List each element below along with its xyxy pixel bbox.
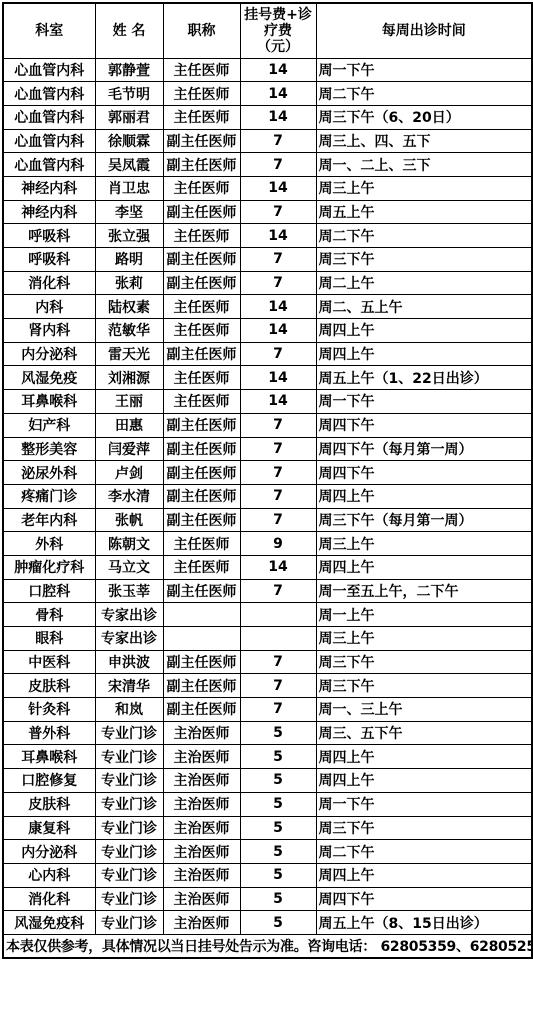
table-row: 皮肤科宋清华副主任医师7周三下午 — [3, 674, 532, 698]
dept-cell: 耳鼻喉科 — [3, 745, 95, 769]
table-row: 口腔修复专业门诊主治医师5周四上午 — [3, 769, 532, 793]
name-cell: 路明 — [95, 248, 163, 272]
title-cell: 主治医师 — [163, 863, 240, 887]
title-cell: 主治医师 — [163, 769, 240, 793]
fee-cell: 5 — [240, 911, 316, 935]
table-row: 心血管内科郭静萱主任医师14周一下午 — [3, 58, 532, 82]
table-row: 疼痛门诊李水清副主任医师7周四上午 — [3, 484, 532, 508]
title-cell: 副主任医师 — [163, 674, 240, 698]
fee-cell: 14 — [240, 58, 316, 82]
table-row: 心血管内科徐顺霖副主任医师7周三上、四、五下 — [3, 129, 532, 153]
title-cell: 副主任医师 — [163, 437, 240, 461]
name-cell: 李水清 — [95, 484, 163, 508]
dept-cell: 内分泌科 — [3, 342, 95, 366]
dept-cell: 皮肤科 — [3, 674, 95, 698]
table-row: 消化科张莉副主任医师7周二上午 — [3, 271, 532, 295]
schedule-table: 科室 姓 名 职称 挂号费+诊 疗费 （元） 每周出诊时间 心血管内科郭静萱主任… — [2, 2, 533, 959]
name-cell: 雷天光 — [95, 342, 163, 366]
name-cell: 李坚 — [95, 200, 163, 224]
table-row: 老年内科张帆副主任医师7周三下午（每月第一周） — [3, 508, 532, 532]
table-row: 肿瘤化疗科马立文主任医师14周四上午 — [3, 555, 532, 579]
schedule-cell: 周一上午 — [316, 603, 532, 627]
name-cell: 陈朝文 — [95, 532, 163, 556]
fee-cell: 9 — [240, 532, 316, 556]
table-row: 心血管内科毛节明主任医师14周二下午 — [3, 82, 532, 106]
title-cell: 主任医师 — [163, 82, 240, 106]
fee-cell: 7 — [240, 437, 316, 461]
schedule-cell: 周一下午 — [316, 792, 532, 816]
table-row: 中医科申洪波副主任医师7周三下午 — [3, 650, 532, 674]
name-cell: 专业门诊 — [95, 840, 163, 864]
col-header-title: 职称 — [163, 3, 240, 58]
table-row: 妇产科田惠副主任医师7周四下午 — [3, 413, 532, 437]
title-cell: 副主任医师 — [163, 129, 240, 153]
dept-cell: 肿瘤化疗科 — [3, 555, 95, 579]
title-cell: 副主任医师 — [163, 342, 240, 366]
footer-row: 本表仅供参考，具体情况以当日挂号处告示为准。咨询电话： 62805359、628… — [3, 934, 532, 958]
fee-cell: 14 — [240, 224, 316, 248]
schedule-cell: 周一、三上午 — [316, 698, 532, 722]
table-row: 外科陈朝文主任医师9周三上午 — [3, 532, 532, 556]
title-cell: 副主任医师 — [163, 508, 240, 532]
page: 科室 姓 名 职称 挂号费+诊 疗费 （元） 每周出诊时间 心血管内科郭静萱主任… — [0, 0, 533, 1018]
title-cell: 主治医师 — [163, 745, 240, 769]
title-cell: 主任医师 — [163, 105, 240, 129]
title-cell: 主治医师 — [163, 792, 240, 816]
fee-cell: 14 — [240, 176, 316, 200]
schedule-cell: 周三下午 — [316, 248, 532, 272]
schedule-cell: 周二、五上午 — [316, 295, 532, 319]
title-cell — [163, 603, 240, 627]
title-cell: 主任医师 — [163, 58, 240, 82]
dept-cell: 针灸科 — [3, 698, 95, 722]
fee-cell: 5 — [240, 816, 316, 840]
name-cell: 专家出诊 — [95, 603, 163, 627]
name-cell: 肖卫忠 — [95, 176, 163, 200]
dept-cell: 中医科 — [3, 650, 95, 674]
fee-cell: 14 — [240, 105, 316, 129]
dept-cell: 呼吸科 — [3, 248, 95, 272]
name-cell: 和岚 — [95, 698, 163, 722]
title-cell: 主任医师 — [163, 295, 240, 319]
dept-cell: 神经内科 — [3, 200, 95, 224]
schedule-cell: 周四上午 — [316, 769, 532, 793]
title-cell: 主治医师 — [163, 840, 240, 864]
schedule-cell: 周二下午 — [316, 82, 532, 106]
schedule-cell: 周一下午 — [316, 390, 532, 414]
title-cell — [163, 627, 240, 651]
fee-cell: 7 — [240, 342, 316, 366]
schedule-cell: 周一下午 — [316, 58, 532, 82]
schedule-cell: 周三下午 — [316, 816, 532, 840]
fee-cell: 14 — [240, 555, 316, 579]
title-cell: 副主任医师 — [163, 650, 240, 674]
fee-cell: 7 — [240, 200, 316, 224]
table-row: 消化科专业门诊主治医师5周四下午 — [3, 887, 532, 911]
schedule-cell: 周三下午（每月第一周） — [316, 508, 532, 532]
title-cell: 主任医师 — [163, 176, 240, 200]
schedule-cell: 周三下午 — [316, 674, 532, 698]
schedule-cell: 周五上午（1、22日出诊） — [316, 366, 532, 390]
title-cell: 副主任医师 — [163, 484, 240, 508]
schedule-cell: 周二下午 — [316, 840, 532, 864]
table-row: 风湿免疫刘湘源主任医师14周五上午（1、22日出诊） — [3, 366, 532, 390]
fee-cell: 7 — [240, 650, 316, 674]
name-cell: 张莉 — [95, 271, 163, 295]
name-cell: 专业门诊 — [95, 745, 163, 769]
fee-cell: 5 — [240, 792, 316, 816]
dept-cell: 内分泌科 — [3, 840, 95, 864]
name-cell: 专业门诊 — [95, 887, 163, 911]
dept-cell: 妇产科 — [3, 413, 95, 437]
table-row: 耳鼻喉科专业门诊主治医师5周四上午 — [3, 745, 532, 769]
dept-cell: 心血管内科 — [3, 129, 95, 153]
fee-cell: 7 — [240, 484, 316, 508]
fee-cell: 7 — [240, 579, 316, 603]
table-row: 针灸科和岚副主任医师7周一、三上午 — [3, 698, 532, 722]
schedule-cell: 周三上午 — [316, 627, 532, 651]
dept-cell: 外科 — [3, 532, 95, 556]
name-cell: 张立强 — [95, 224, 163, 248]
title-cell: 副主任医师 — [163, 461, 240, 485]
table-row: 心内科专业门诊主治医师5周四上午 — [3, 863, 532, 887]
table-row: 心血管内科吴凤霞副主任医师7周一、二上、三下 — [3, 153, 532, 177]
schedule-cell: 周四上午 — [316, 745, 532, 769]
table-row: 泌尿外科卢剑副主任医师7周四下午 — [3, 461, 532, 485]
footer-note: 本表仅供参考，具体情况以当日挂号处告示为准。咨询电话： 62805359、628… — [3, 934, 532, 958]
dept-cell: 风湿免疫 — [3, 366, 95, 390]
dept-cell: 康复科 — [3, 816, 95, 840]
name-cell: 毛节明 — [95, 82, 163, 106]
table-row: 肾内科范敏华主任医师14周四上午 — [3, 319, 532, 343]
dept-cell: 眼科 — [3, 627, 95, 651]
name-cell: 专业门诊 — [95, 863, 163, 887]
dept-cell: 口腔修复 — [3, 769, 95, 793]
title-cell: 副主任医师 — [163, 153, 240, 177]
schedule-cell: 周四上午 — [316, 484, 532, 508]
dept-cell: 心血管内科 — [3, 105, 95, 129]
dept-cell: 神经内科 — [3, 176, 95, 200]
dept-cell: 呼吸科 — [3, 224, 95, 248]
title-cell: 副主任医师 — [163, 248, 240, 272]
dept-cell: 整形美容 — [3, 437, 95, 461]
fee-cell: 7 — [240, 413, 316, 437]
schedule-cell: 周二上午 — [316, 271, 532, 295]
schedule-cell: 周三上、四、五下 — [316, 129, 532, 153]
schedule-cell: 周三上午 — [316, 532, 532, 556]
fee-cell — [240, 603, 316, 627]
title-cell: 副主任医师 — [163, 413, 240, 437]
dept-cell: 心血管内科 — [3, 153, 95, 177]
name-cell: 刘湘源 — [95, 366, 163, 390]
table-footer: 本表仅供参考，具体情况以当日挂号处告示为准。咨询电话： 62805359、628… — [3, 934, 532, 958]
dept-cell: 消化科 — [3, 271, 95, 295]
table-row: 康复科专业门诊主治医师5周三下午 — [3, 816, 532, 840]
schedule-cell: 周三上午 — [316, 176, 532, 200]
dept-cell: 心血管内科 — [3, 82, 95, 106]
table-row: 心血管内科郭丽君主任医师14周三下午（6、20日） — [3, 105, 532, 129]
table-row: 耳鼻喉科王丽主任医师14周一下午 — [3, 390, 532, 414]
name-cell: 专业门诊 — [95, 911, 163, 935]
dept-cell: 皮肤科 — [3, 792, 95, 816]
name-cell: 张玉莘 — [95, 579, 163, 603]
title-cell: 副主任医师 — [163, 200, 240, 224]
title-cell: 主任医师 — [163, 319, 240, 343]
fee-cell: 5 — [240, 745, 316, 769]
table-body: 心血管内科郭静萱主任医师14周一下午心血管内科毛节明主任医师14周二下午心血管内… — [3, 58, 532, 934]
schedule-cell: 周四下午 — [316, 887, 532, 911]
name-cell: 专业门诊 — [95, 769, 163, 793]
table-row: 骨科专家出诊周一上午 — [3, 603, 532, 627]
name-cell: 宋清华 — [95, 674, 163, 698]
schedule-cell: 周四上午 — [316, 863, 532, 887]
dept-cell: 心血管内科 — [3, 58, 95, 82]
name-cell: 马立文 — [95, 555, 163, 579]
title-cell: 主任医师 — [163, 532, 240, 556]
schedule-cell: 周四下午 — [316, 413, 532, 437]
name-cell: 申洪波 — [95, 650, 163, 674]
dept-cell: 普外科 — [3, 721, 95, 745]
col-header-fee: 挂号费+诊 疗费 （元） — [240, 3, 316, 58]
table-row: 内分泌科雷天光副主任医师7周四上午 — [3, 342, 532, 366]
fee-cell: 7 — [240, 153, 316, 177]
dept-cell: 耳鼻喉科 — [3, 390, 95, 414]
col-header-dept: 科室 — [3, 3, 95, 58]
table-row: 整形美容闫爱萍副主任医师7周四下午（每月第一周） — [3, 437, 532, 461]
title-cell: 副主任医师 — [163, 579, 240, 603]
title-cell: 主任医师 — [163, 366, 240, 390]
schedule-cell: 周三下午 — [316, 650, 532, 674]
table-row: 呼吸科路明副主任医师7周三下午 — [3, 248, 532, 272]
name-cell: 范敏华 — [95, 319, 163, 343]
fee-cell: 7 — [240, 508, 316, 532]
name-cell: 徐顺霖 — [95, 129, 163, 153]
name-cell: 张帆 — [95, 508, 163, 532]
title-cell: 主任医师 — [163, 555, 240, 579]
name-cell: 专业门诊 — [95, 792, 163, 816]
table-row: 眼科专家出诊周三上午 — [3, 627, 532, 651]
dept-cell: 心内科 — [3, 863, 95, 887]
schedule-cell: 周四上午 — [316, 319, 532, 343]
fee-cell: 5 — [240, 887, 316, 911]
dept-cell: 风湿免疫科 — [3, 911, 95, 935]
fee-cell: 7 — [240, 129, 316, 153]
schedule-cell: 周四下午 — [316, 461, 532, 485]
fee-cell: 7 — [240, 674, 316, 698]
dept-cell: 口腔科 — [3, 579, 95, 603]
fee-cell: 14 — [240, 319, 316, 343]
table-row: 呼吸科张立强主任医师14周二下午 — [3, 224, 532, 248]
dept-cell: 消化科 — [3, 887, 95, 911]
dept-cell: 肾内科 — [3, 319, 95, 343]
table-header: 科室 姓 名 职称 挂号费+诊 疗费 （元） 每周出诊时间 — [3, 3, 532, 58]
dept-cell: 骨科 — [3, 603, 95, 627]
name-cell: 田惠 — [95, 413, 163, 437]
table-row: 神经内科李坚副主任医师7周五上午 — [3, 200, 532, 224]
table-row: 口腔科张玉莘副主任医师7周一至五上午，二下午 — [3, 579, 532, 603]
fee-cell: 5 — [240, 721, 316, 745]
name-cell: 专业门诊 — [95, 816, 163, 840]
schedule-cell: 周一、二上、三下 — [316, 153, 532, 177]
table-row: 神经内科肖卫忠主任医师14周三上午 — [3, 176, 532, 200]
fee-cell: 14 — [240, 82, 316, 106]
header-row: 科室 姓 名 职称 挂号费+诊 疗费 （元） 每周出诊时间 — [3, 3, 532, 58]
name-cell: 闫爱萍 — [95, 437, 163, 461]
name-cell: 吴凤霞 — [95, 153, 163, 177]
name-cell: 专业门诊 — [95, 721, 163, 745]
col-header-name: 姓 名 — [95, 3, 163, 58]
dept-cell: 内科 — [3, 295, 95, 319]
title-cell: 主任医师 — [163, 224, 240, 248]
table-row: 内科陆权素主任医师14周二、五上午 — [3, 295, 532, 319]
schedule-cell: 周三、五下午 — [316, 721, 532, 745]
schedule-cell: 周二下午 — [316, 224, 532, 248]
dept-cell: 疼痛门诊 — [3, 484, 95, 508]
dept-cell: 泌尿外科 — [3, 461, 95, 485]
title-cell: 主治医师 — [163, 816, 240, 840]
table-row: 皮肤科专业门诊主治医师5周一下午 — [3, 792, 532, 816]
fee-cell: 7 — [240, 248, 316, 272]
fee-cell: 14 — [240, 295, 316, 319]
fee-cell — [240, 627, 316, 651]
schedule-cell: 周四上午 — [316, 555, 532, 579]
fee-cell: 14 — [240, 366, 316, 390]
fee-cell: 7 — [240, 698, 316, 722]
fee-cell: 7 — [240, 271, 316, 295]
schedule-cell: 周四下午（每月第一周） — [316, 437, 532, 461]
schedule-cell: 周三下午（6、20日） — [316, 105, 532, 129]
name-cell: 王丽 — [95, 390, 163, 414]
name-cell: 卢剑 — [95, 461, 163, 485]
fee-cell: 5 — [240, 840, 316, 864]
fee-cell: 5 — [240, 769, 316, 793]
fee-cell: 5 — [240, 863, 316, 887]
name-cell: 专家出诊 — [95, 627, 163, 651]
schedule-cell: 周四上午 — [316, 342, 532, 366]
title-cell: 主治医师 — [163, 887, 240, 911]
schedule-cell: 周五上午（8、15日出诊） — [316, 911, 532, 935]
table-row: 风湿免疫科专业门诊主治医师5周五上午（8、15日出诊） — [3, 911, 532, 935]
name-cell: 郭丽君 — [95, 105, 163, 129]
title-cell: 主治医师 — [163, 911, 240, 935]
fee-cell: 14 — [240, 390, 316, 414]
schedule-cell: 周五上午 — [316, 200, 532, 224]
name-cell: 陆权素 — [95, 295, 163, 319]
title-cell: 副主任医师 — [163, 698, 240, 722]
table-row: 普外科专业门诊主治医师5周三、五下午 — [3, 721, 532, 745]
fee-cell: 7 — [240, 461, 316, 485]
name-cell: 郭静萱 — [95, 58, 163, 82]
dept-cell: 老年内科 — [3, 508, 95, 532]
schedule-cell: 周一至五上午，二下午 — [316, 579, 532, 603]
title-cell: 主任医师 — [163, 390, 240, 414]
col-header-schedule: 每周出诊时间 — [316, 3, 532, 58]
table-row: 内分泌科专业门诊主治医师5周二下午 — [3, 840, 532, 864]
title-cell: 副主任医师 — [163, 271, 240, 295]
title-cell: 主治医师 — [163, 721, 240, 745]
